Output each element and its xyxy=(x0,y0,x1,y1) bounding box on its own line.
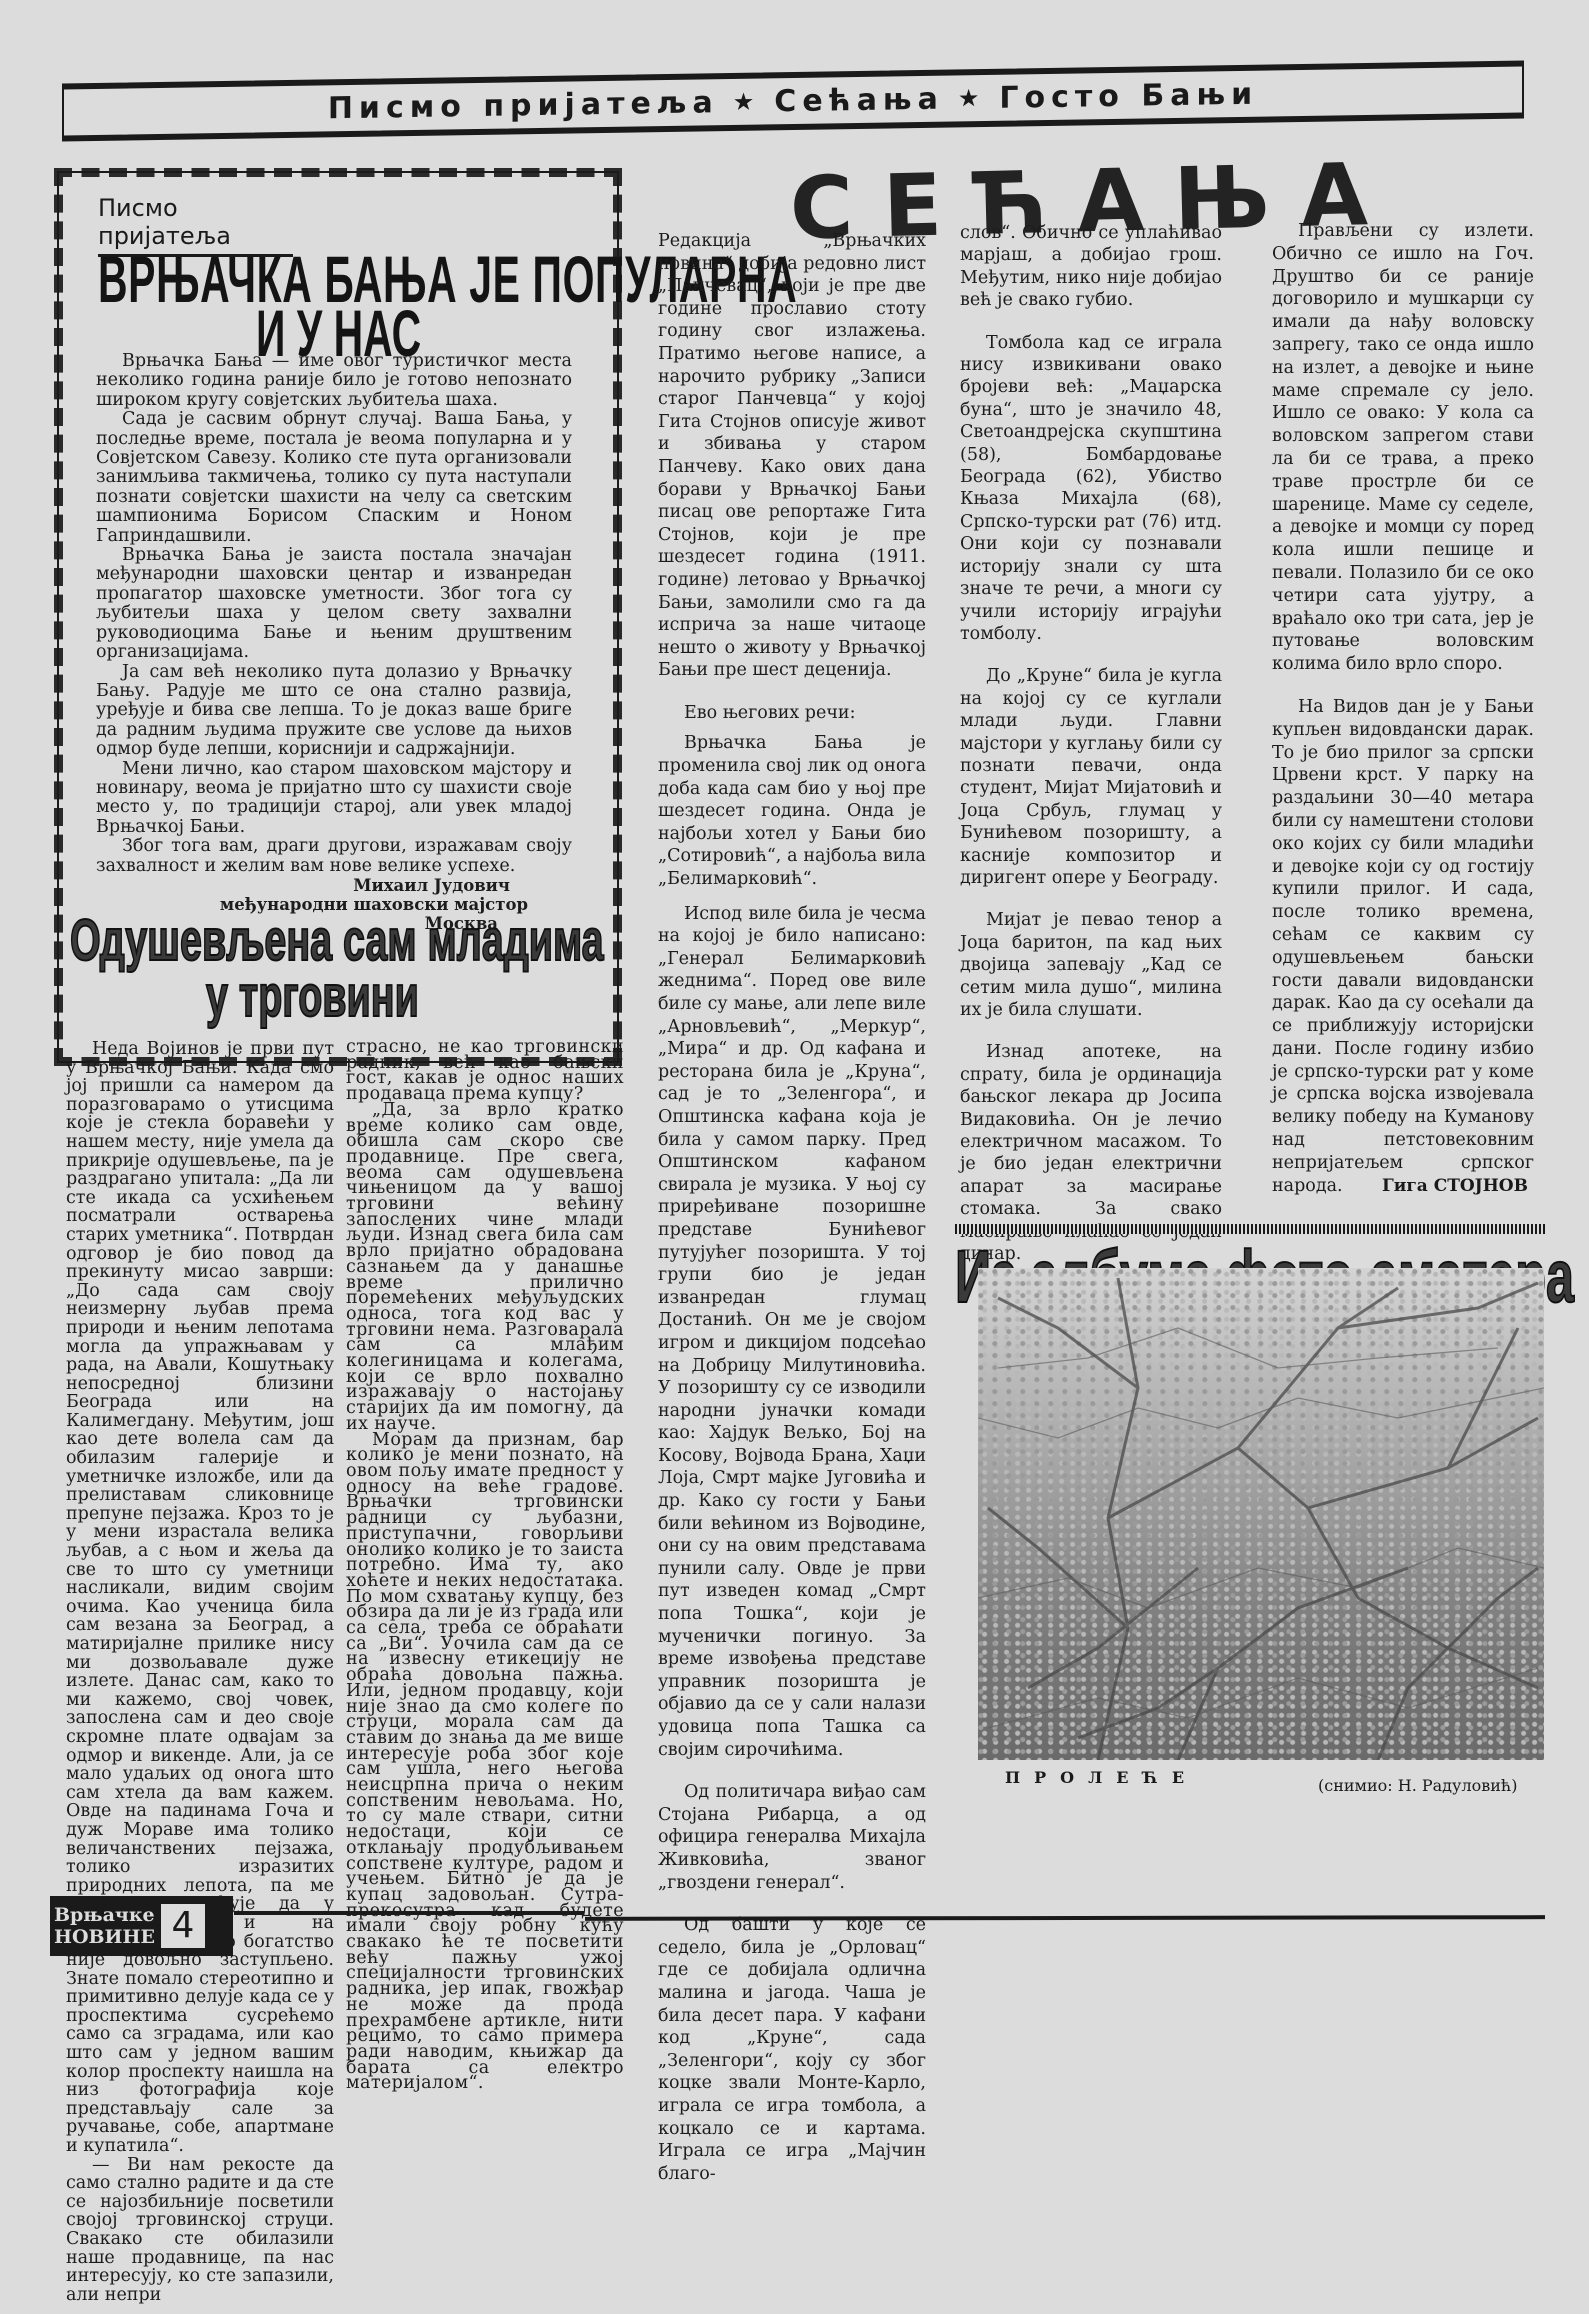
memories-column-1: Редакција „Врњачких новина“ добија редов… xyxy=(658,230,926,2185)
memories-paragraph: Врњачка Бања је променила свој лик од он… xyxy=(658,732,926,890)
photo-caption: ПРОЛЕЋЕ xyxy=(1005,1768,1198,1787)
memories-paragraph: Мијат је певао тенор а Јоца баритон, па … xyxy=(960,909,1222,1021)
memories-paragraph: Ево његових речи: xyxy=(658,702,926,725)
signature-name: Михаил Јудович xyxy=(96,876,572,895)
memories-paragraph: До „Круне“ била је кугла на којој су се … xyxy=(960,665,1222,889)
banner-item-letter: Писмо пријатеља xyxy=(328,85,719,126)
memories-paragraph: На Видов дан је у Бањи купљен видовданск… xyxy=(1272,696,1534,1198)
letter-body: Врњачка Бања — име овог туристичког мест… xyxy=(96,352,572,933)
photo-credit: (снимио: Н. Радуловић) xyxy=(1318,1776,1517,1795)
memories-paragraph: Редакција „Врњачких новина“ добија редов… xyxy=(658,230,926,682)
memories-paragraph: Од политичара виђао сам Стојана Рибарца,… xyxy=(658,1781,926,1894)
footer-rule xyxy=(585,1915,1545,1921)
masthead-title: Врњачке НОВИНЕ xyxy=(54,1904,155,1948)
newspaper-masthead: Врњачке НОВИНЕ 4 xyxy=(50,1896,233,1956)
hatched-divider xyxy=(955,1224,1545,1234)
footer-rule xyxy=(234,1911,584,1915)
section-banner: Писмо пријатеља ★ Сећања ★ Госто Бањи xyxy=(62,61,1524,142)
interview-headline: Одушевљена сам младима xyxy=(70,912,604,970)
memories-paragraph: слов“. Обично се уплаћивао марјаш, а доб… xyxy=(960,222,1222,312)
letter-paragraph: Због тога вам, драги другови, изражавам … xyxy=(96,837,572,876)
interview-column-1: Неда Војинов је први пут у Врњачкој Бањи… xyxy=(66,1040,334,2304)
banner-item-memories: Сећања xyxy=(774,81,944,119)
masthead-line1: Врњачке xyxy=(54,1904,155,1926)
letter-paragraph: Мени лично, као старом шаховском мајстор… xyxy=(96,760,572,838)
memories-paragraph: Прављени су излети. Обично се ишло на Го… xyxy=(1272,220,1534,676)
banner-item-guest: Госто Бањи xyxy=(999,76,1258,115)
interview-column-2: страсно, не као трговински радник, већ к… xyxy=(346,1040,624,2092)
interview-paragraph: страсно, не као трговински радник, већ к… xyxy=(346,1040,624,1103)
interview-paragraph: — Ви нам рекосте да само стално радите и… xyxy=(66,2156,334,2305)
letter-paragraph: Ја сам већ неколико пута долазио у Врњач… xyxy=(96,663,572,760)
memories-paragraph: Томбола кад се играла нису извикивани ов… xyxy=(960,332,1222,646)
tree-branches-image xyxy=(978,1268,1544,1760)
page-number: 4 xyxy=(161,1904,205,1948)
interview-paragraph: „Да, за врло кратко време колико сам овд… xyxy=(346,1103,624,1433)
letter-paragraph: Врњачка Бања — име овог туристичког мест… xyxy=(96,352,572,410)
interview-paragraph: Морам да признам, бар колико је мени поз… xyxy=(346,1433,624,2093)
masthead-line2: НОВИНЕ xyxy=(54,1926,155,1948)
interview-paragraph: Неда Војинов је први пут у Врњачкој Бањи… xyxy=(66,1040,334,2156)
star-icon: ★ xyxy=(958,84,986,112)
memories-column-2: слов“. Обично се уплаћивао марјаш, а доб… xyxy=(960,222,1222,1265)
memories-paragraph: Испод виле била је чесма на којој је бил… xyxy=(658,903,926,1762)
letter-paragraph: Врњачка Бања је заиста постала значајан … xyxy=(96,546,572,662)
letter-paragraph: Сада је сасвим обрнут случај. Ваша Бања,… xyxy=(96,410,572,546)
memories-author: Гига СТОЈНОВ xyxy=(1382,1176,1528,1196)
star-icon: ★ xyxy=(733,88,761,116)
memories-paragraph: Од башти у које се седело, била је „Орло… xyxy=(658,1914,926,2185)
spring-tree-photo xyxy=(978,1268,1544,1760)
memories-column-3: Прављени су излети. Обично се ишло на Го… xyxy=(1272,220,1534,1197)
interview-headline-line2: у трговини xyxy=(206,968,419,1026)
